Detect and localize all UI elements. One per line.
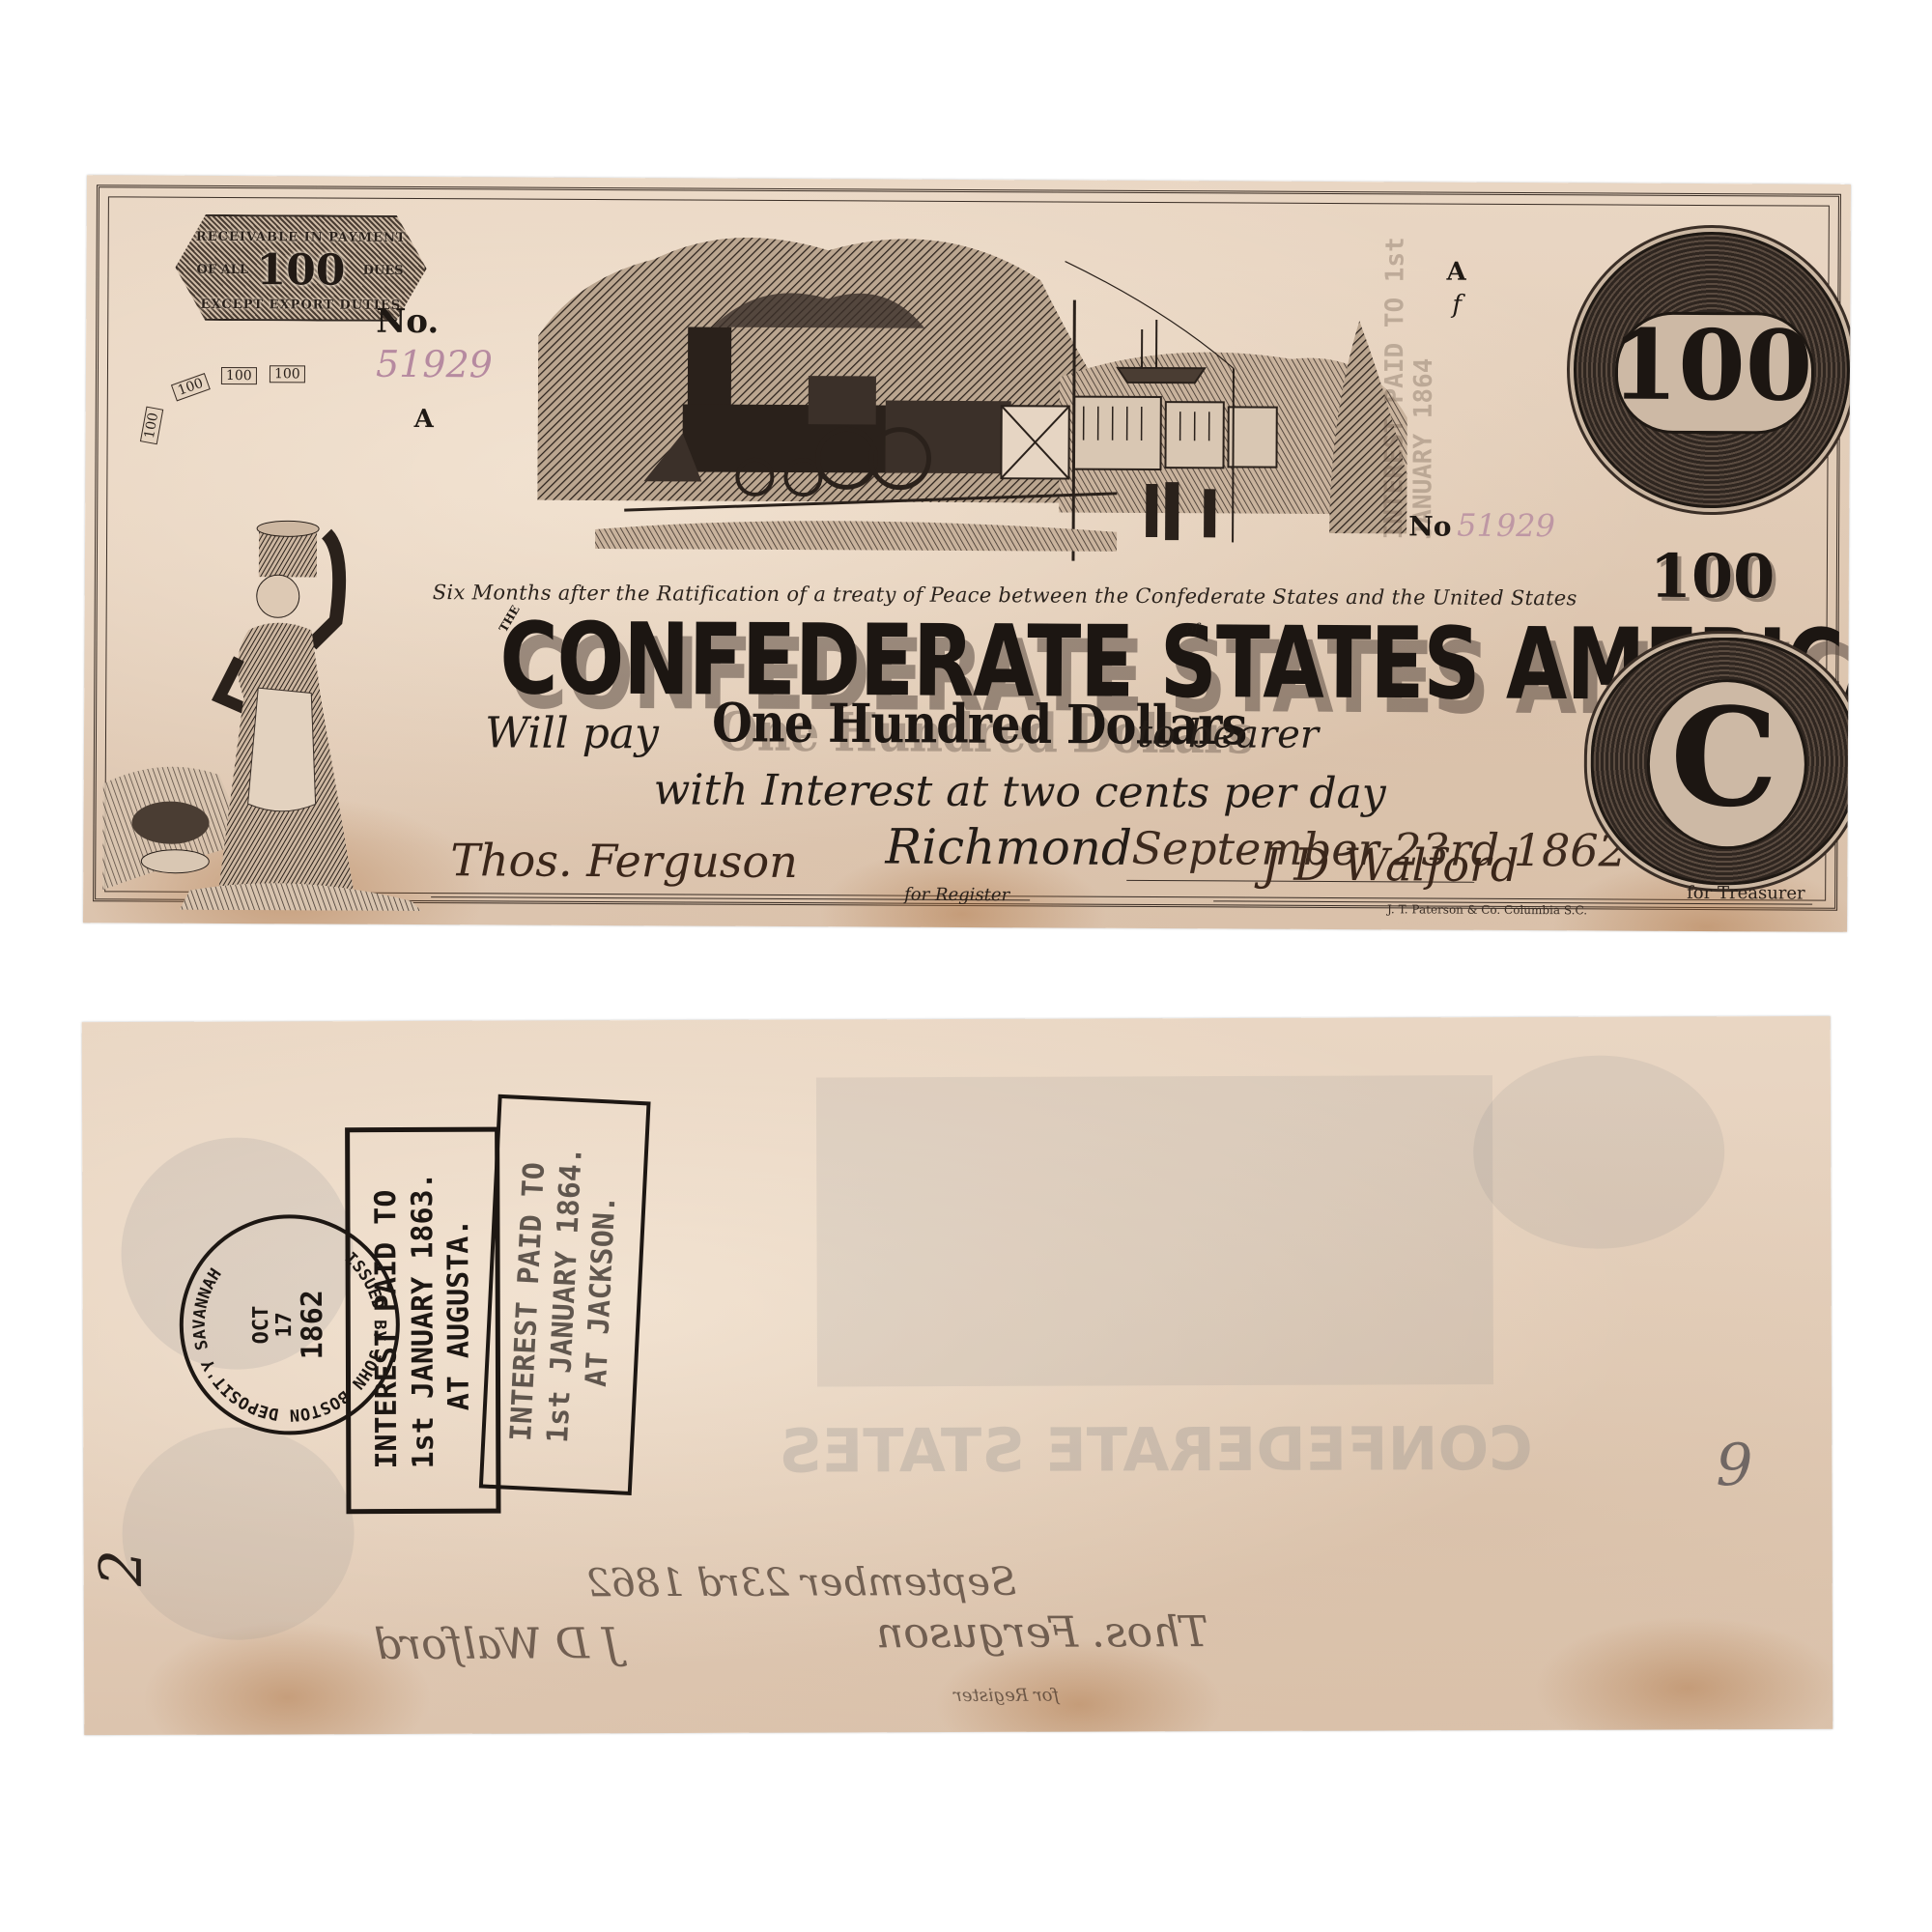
banknote-front: RECEIVABLE IN PAYMENT OF ALL 100 DUES EX…	[83, 175, 1851, 932]
signature-register: Thos. Ferguson	[450, 834, 798, 888]
serial-label-left: No.	[376, 302, 439, 341]
bleed-signature-treasurer: J D Walford	[374, 1619, 620, 1669]
plate-letter-right: A	[1446, 258, 1465, 287]
caption-register: for Register	[904, 885, 1009, 906]
receivable-right: DUES	[363, 264, 404, 278]
place-text: Richmond	[885, 819, 1132, 876]
medallion-c: C	[1590, 637, 1851, 885]
bleed-medallion-left-lower	[122, 1427, 355, 1640]
serial-label-right: No	[1408, 510, 1451, 542]
will-pay-text: Will pay	[485, 708, 659, 758]
signature-treasurer: J D Walford	[1262, 838, 1519, 892]
bleed-date: September 23rd 1862	[586, 1560, 1017, 1606]
caption-treasurer: for Treasurer	[1687, 883, 1805, 904]
medallion-100: 100	[1573, 231, 1850, 508]
serial-number-left: 51929	[376, 343, 493, 386]
interest-text: with Interest at two cents per day	[654, 765, 1386, 818]
pencil-mark-right: 9	[1716, 1432, 1752, 1499]
title-of: of	[1186, 621, 1200, 637]
interest-stamp-jackson: INTEREST PAID TO 1st JANUARY 1864. AT JA…	[479, 1094, 651, 1495]
plate-letter-left: A	[414, 405, 434, 434]
banknote-back: CONFEDERATE STATES for Register Thos. Fe…	[82, 1016, 1833, 1735]
stain	[1533, 1615, 1833, 1735]
receivable-line1: RECEIVABLE IN PAYMENT	[176, 230, 427, 245]
medallion-c-letter: C	[1593, 678, 1851, 838]
bleed-signature-register: Thos. Ferguson	[876, 1607, 1208, 1658]
bleed-medallion-right	[1473, 1055, 1725, 1249]
to-bearer-text: to bearer	[1137, 712, 1319, 757]
printer-imprint: J. T. Paterson & Co. Columbia S.C.	[1387, 902, 1587, 917]
milkmaid-vignette	[102, 436, 424, 911]
serial-number-right: 51929	[1457, 507, 1555, 545]
plate-mark-right: f	[1452, 291, 1462, 320]
interest-stamp-augusta: INTEREST PAID TO 1st JANUARY 1863. AT AU…	[345, 1127, 500, 1515]
round-stamp-date: OCT 17 1862	[250, 1290, 329, 1360]
bleed-title: CONFEDERATE STATES	[779, 1413, 1533, 1487]
bleed-caption: for Register	[953, 1686, 1059, 1706]
pencil-mark-left: 2	[88, 1549, 156, 1586]
train-vignette	[537, 220, 1418, 573]
showthrough-stamp: INTEREST PAID TO 1st JANUARY 1864	[1379, 220, 1420, 539]
medallion-100-value: 100	[1577, 307, 1848, 422]
bleed-vignette	[816, 1075, 1493, 1386]
